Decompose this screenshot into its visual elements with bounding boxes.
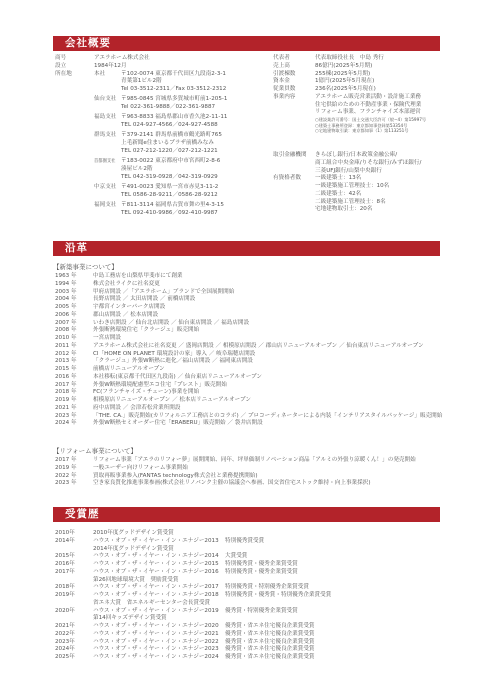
history-text: 前橋店リニューアルオープン [93,366,165,374]
field-label: 売上高 [273,63,290,71]
section-header-overview: 会社概要 [53,36,440,51]
office-line: TEL 042-319-0928／042-319-0929 [121,174,218,182]
award-prize: 特別優秀賞・特別優秀企業賞受賞 [225,584,309,592]
award-name: ハウス・オブ・ザ・イヤー・イン・エナジー2018 [93,592,219,600]
award-year: 2014年 [55,538,75,546]
field-label: 設立 [55,63,66,71]
history-text: 相模原店リニューアルオープン ／ 松本店リニューアルオープン [93,397,251,405]
office-line: 〒811-3114 福岡県古賀市舞の里4-3-15 [121,202,224,210]
subsection-title: 【新築事業について】 [53,263,118,272]
award-prize: 優秀賞・省エネ住宅優良企業賞受賞 [225,623,315,631]
office-name: 仙台支社 [94,96,116,104]
award-name: ハウス・オブ・ザ・イヤー・イン・エナジー2023 [93,646,219,654]
office-line: Tel 03-3512-2311／Fax 03-3512-2312 [121,86,226,94]
history-text: 「クラージュ」外張W断熱に進化／福山店開設 ／ 福岡東店開設 [93,358,253,366]
field-label: 所在地 [55,71,72,79]
field-label: 事業内容 [273,94,295,102]
qualified-line: 一級建築施工管理技士：10名 [315,183,389,191]
history-year: 1994 年 [55,281,77,289]
award-prize: 特別優秀賞受賞 [225,538,264,546]
history-text: 外張W断熱セミオーダー住宅「ERABERU」販売開始 ／ 袋井店開設 [93,420,263,428]
qualified-line: 一級建築士：13名 [315,175,361,183]
award-year: 2020年 [55,608,75,616]
history-year: 2016 年 [55,374,77,382]
office-line: TEL 024-927-4566／024-927-4588 [121,122,218,130]
section-title: 会社概要 [65,37,111,50]
field-label: 商号 [55,55,66,63]
award-year: 2019年 [55,592,75,600]
section-title: 受賞歴 [65,508,100,521]
office-line: 〒963-8833 福島県郡山市香久池2-11-11 [121,114,227,122]
history-year: 2017 年 [55,457,77,465]
office-line: TEL 092-410-9986／092-410-9987 [121,210,218,218]
award-name: ハウス・オブ・ザ・イヤー・イン・エナジー2021 [93,631,219,639]
award-year: 2022年 [55,631,75,639]
office-line: 〒183-0022 東京都府中市宮西町2-8-6 [121,158,220,166]
history-year: 2019 年 [55,397,77,405]
award-name: ハウス・オブ・ザ・イヤー・イン・エナジー2015 [93,561,219,569]
field-value: アエラホーム株式会社 [94,55,150,63]
section-header-awards: 受賞歴 [53,507,440,522]
award-name: ハウス・オブ・ザ・イヤー・イン・エナジー2016 [93,569,219,577]
award-name: ハウス・オブ・ザ・イヤー・イン・エナジー2017 [93,584,219,592]
field-label: 有資格者数 [273,175,301,183]
history-year: 2010 年 [55,335,77,343]
award-prize: 大賞受賞 [225,553,247,561]
award-prize: 優秀賞・省エネ住宅優良企業賞受賞 [225,654,315,662]
award-name: 第14回キッズデザイン賞受賞 [93,615,167,623]
history-text: 一般ユーザー向けリフォーム事業開始 [93,465,188,473]
office-name: 福岡支社 [94,202,116,210]
bank-line: 商工組合中央金庫/りそな銀行/みずほ銀行/ [315,160,421,168]
field-label: 代表者 [273,55,290,63]
office-name: 福島支社 [94,114,116,122]
history-text: リフォーム事業「アエラのリフォー夢」展開開始、同年、坪単価制リノベーション商品「… [93,457,416,465]
history-year: 2013 年 [55,358,77,366]
office-name: 群馬支社 [94,132,116,140]
award-year: 2021年 [55,623,75,631]
history-text: 本社移転(東京都千代田区九段南) ／ 仙台東店リニューアルオープン [93,374,262,382]
award-prize: 特別優秀賞・優秀企業賞受賞 [225,569,298,577]
award-prize: 優秀賞・特別優秀企業賞受賞 [225,608,298,616]
history-text: 一宮店開設 [93,335,121,343]
award-name: ハウス・オブ・ザ・イヤー・イン・エナジー2020 [93,623,219,631]
history-year: 2004 年 [55,296,77,304]
history-text: 中島工務店を山梨県甲斐市にて創業 [93,273,183,281]
history-year: 2006 年 [55,312,77,320]
office-line: TEL 0586-28-9211／0586-28-9212 [121,192,218,200]
history-year: 2024 年 [55,420,77,428]
history-text: 外張断熱環境住宅「クラージュ」販売開始 [93,327,199,335]
history-year: 2008 年 [55,327,77,335]
history-text: 府中店開設 ／ 会津若松営業所開設 [93,405,180,413]
award-prize: 特別優秀賞・優秀企業賞受賞 [225,561,298,569]
award-year: 2010年 [55,530,75,538]
history-text: 空き家良質化推進事業参画(株式会社リノバンク主催の協議会へ参画、国交省住宅ストッ… [93,480,371,488]
field-value: 1984年12月 [94,63,127,71]
award-year: 2024年 [55,646,75,654]
field-value: 86億円(2025年5月期) [315,63,372,71]
business-line: リフォーム事業、フランチャイズ本部運営 [315,109,421,117]
office-line: 〒379-2141 群馬県前橋市鶴光路町765 [121,132,222,140]
award-year: 2016年 [55,561,75,569]
award-year: 2025年 [55,654,75,662]
award-year: 2015年 [55,553,75,561]
history-year: 2023 年 [55,480,77,488]
history-year: 2011 年 [55,343,77,351]
office-line: Tel 022-361-9888／022-361-9887 [121,104,215,112]
history-text: FC(フランチャイズ・チェーン)事業を開始 [93,389,199,397]
office-name: 本社 [94,71,105,79]
award-year: 2018年 [55,584,75,592]
office-name: 首都圏支社 [94,158,115,166]
field-value: 1億円(2025年5月現在) [315,78,374,86]
award-prize: 優秀賞・省エネ住宅優良企業賞受賞 [225,646,315,654]
section-header-history: 沿革 [53,241,440,256]
history-year: 1963 年 [55,273,77,281]
history-text: 株式会社ライクに社名変更 [93,281,160,289]
award-name: 2010年度グッドデザイン賞受賞 [93,530,174,538]
field-value: 236名(2025年5月現在) [315,86,376,94]
license-note: ○宅地建物取引業：東京都知事（1）第113251号 [315,128,409,134]
history-text: 宇都宮インターパーク店開設 [93,304,165,312]
office-line: 青葉第1ビル2階 [121,78,162,86]
history-text: アエラホーム株式会社に社名変更 ／ 盛岡店開設 ／ 相模原店開設 ／ 郡山店リニ… [93,343,424,351]
history-text: 郡山店開設 ／ 松本店開設 [93,312,158,320]
office-name: 中京支社 [94,184,116,192]
office-line: 〒491-0023 愛知県一宮市赤見3-11-2 [121,184,218,192]
qualified-line: 二級建築士：42名 [315,191,361,199]
field-label: 取引金融機関 [273,152,307,160]
history-year: 2021 年 [55,405,77,413]
field-value: 代表取締役社長 中島 秀行 [315,55,384,63]
section-title: 沿革 [65,242,88,255]
office-line: TEL 027-212-1220／027-212-1221 [121,148,218,156]
history-year: 2018 年 [55,389,77,397]
office-line: 〒985-0845 宮城県多賀城市町前1-205-1 [121,96,227,104]
office-line: 湊屋ビル2階 [121,166,153,174]
subsection-title: 【リフォーム事業について】 [53,447,137,456]
history-text: 長野店開設 ／ 太田店開設 ／ 前橋店開設 [93,296,195,304]
history-year: 2005 年 [55,304,77,312]
business-line: アエラホーム販売営業活動・設計施工業務 [315,94,421,102]
award-name: ハウス・オブ・ザ・イヤー・イン・エナジー2014 [93,553,219,561]
award-name: ハウス・オブ・ザ・イヤー・イン・エナジー2024 [93,654,219,662]
qualified-line: 宅地建物取引士：20名 [315,206,372,214]
office-line: 上毛新聞e住まいるプラザ前橋みなみ [121,140,214,148]
award-year: 2017年 [55,569,75,577]
field-label: 従業員数 [273,86,295,94]
award-prize: 優秀賞・省エネ住宅優良企業賞受賞 [225,631,315,639]
bank-line: きらぼし銀行/日本政策金融公庫/ [315,152,397,160]
field-label: 資本金 [273,78,290,86]
award-prize: 特別優秀賞・優秀賞・特別優秀企業賞受賞 [225,592,331,600]
award-name: 省エネ大賞 省エネルギーセンター会長賞受賞 [93,600,210,608]
history-year: 2019 年 [55,465,77,473]
history-year: 2015 年 [55,366,77,374]
award-name: ハウス・オブ・ザ・イヤー・イン・エナジー2013 [93,538,219,546]
